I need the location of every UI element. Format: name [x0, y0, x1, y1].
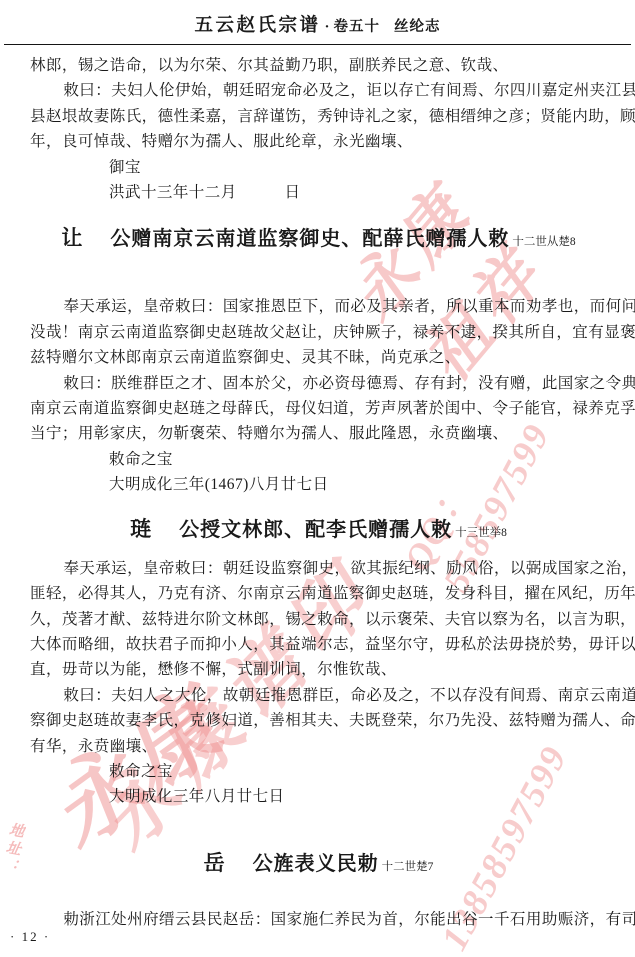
text-line: 敕曰：朕维群臣之才、固本於父，亦必资母德焉、存有封，没有赠，此国家之令典也、: [30, 371, 607, 396]
text-line: 大体而略细，故扶君子而抑小人，其益端尔志，益坚尔守，毋私於法毋挠於势，毋讦以为: [30, 632, 607, 657]
page-header: 五云赵氏宗谱·卷五十丝纶志: [0, 0, 635, 45]
header-rule: [4, 44, 631, 45]
text-line: 林郎，锡之诰命，以为尔荣、尔其益勤乃职，副朕养民之意、钦哉、: [30, 53, 607, 78]
edict-date-line: 大明成化三年(1467)八月廿七日: [109, 472, 607, 497]
text-line: 没哉！南京云南道监察御史赵琏故父赵让，庆钟厥子，禄养不逮，揆其所自，宜有显褒、: [30, 320, 607, 345]
volume-label: 卷五十: [334, 19, 381, 35]
text-line: 有华，永贲幽壤、: [30, 734, 607, 759]
chapter-label: 丝纶志: [394, 19, 441, 35]
text-line: 奉天承运，皇帝敕曰：朝廷设监察御史，欲其振纪纲、励风俗，以弼成国家之治，厥任: [30, 556, 607, 581]
edict-title: 公授文林郎、配李氏赠孺人敕: [179, 519, 452, 541]
title-separator-dot: ·: [325, 19, 330, 35]
edict-title: 公旌表义民勅: [253, 853, 379, 875]
generation-note: 十二世从楚8: [512, 236, 575, 248]
text-line: 久，茂著才猷、兹特进尔阶文林郎，锡之敕命，以示褒荣、夫官以察为名，以言为职，在明: [30, 607, 607, 632]
text-line: 匪轻，必得其人，乃克有济、尔南京云南道监察御史赵琏，发身科目，擢在风纪，历年滋: [30, 581, 607, 606]
genealogy-page: 永康祖祥 QQ：558597599 永康谱印 13858597599 永康 地址…: [0, 0, 635, 957]
imperial-seal-line: 敕命之宝: [109, 759, 607, 784]
book-title: 五云赵氏宗谱: [194, 16, 320, 36]
text-line: 敕曰：夫妇人之大伦，故朝廷推恩群臣，命必及之，不以存没有间焉、南京云南道监: [30, 683, 607, 708]
edict-name: 让: [61, 226, 82, 250]
edict-title: 公赠南京云南道监察御史、配薛氏赠孺人敕: [110, 228, 509, 250]
imperial-seal-line: 御宝: [109, 155, 607, 180]
text-line: 南京云南道监察御史赵琏之母薛氏，母仪妇道，芳声夙著於闺中、令子能官，禄养克孚於: [30, 396, 607, 421]
edict-heading-yue: 岳公旌表义民勅十二世楚7: [30, 847, 607, 877]
generation-note: 十二世楚7: [382, 861, 434, 873]
text-line: 敕曰：夫妇人伦伊始，朝廷昭宠命必及之，讵以存亡有间焉、尔四川嘉定州夹江县知: [30, 78, 607, 103]
text-line: 奉天承运，皇帝敕曰：国家推恩臣下，而必及其亲者，所以重本而劝孝也，而何问於存: [30, 294, 607, 319]
watermark-address-label: 地址：: [0, 821, 28, 878]
edict-date-line: 洪武十三年十二月 日: [109, 180, 607, 205]
text-line: 年，良可悼哉、特赠尔为孺人、服此纶章，永光幽壤、: [30, 129, 607, 154]
imperial-seal-line: 敕命之宝: [109, 447, 607, 472]
text-line: 兹特赠尔文林郎南京云南道监察御史、灵其不昧，尚克承之、: [30, 345, 607, 370]
edict-name: 琏: [130, 517, 151, 541]
page-number: · 12 ·: [10, 929, 50, 945]
text-line: 察御史赵琏故妻李氏，克修妇道，善相其夫、夫既登荣，尔乃先没、兹特赠为孺人、命服: [30, 708, 607, 733]
edict-heading-lian: 琏公授文林郎、配李氏赠孺人敕十三世举8: [30, 513, 607, 543]
text-line: 县赵垠故妻陈氏，德性柔嘉，言辞谨饬，秀钟诗礼之家，德相缙绅之彦；贤能内助，顾勿永: [30, 104, 607, 129]
page-body: 林郎，锡之诰命，以为尔荣、尔其益勤乃职，副朕养民之意、钦哉、 敕曰：夫妇人伦伊始…: [30, 53, 607, 932]
edict-date-line: 大明成化三年八月廿七日: [109, 784, 607, 809]
generation-note: 十三世举8: [455, 527, 507, 539]
text-line: 勅浙江处州府缙云县民赵岳：国家施仁养民为首，尔能出谷一千石用助赈济，有司以: [30, 907, 607, 932]
text-line: 直，毋苛以为能，懋修不懈，式副训词，尔惟钦哉、: [30, 657, 607, 682]
text-line: 当宁；用彰家庆，勿靳褒荣、特赠尔为孺人、服此隆恩，永贲幽壤、: [30, 421, 607, 446]
edict-name: 岳: [204, 851, 225, 875]
edict-heading-rang: 让公赠南京云南道监察御史、配薛氏赠孺人敕十二世从楚8: [30, 222, 607, 252]
